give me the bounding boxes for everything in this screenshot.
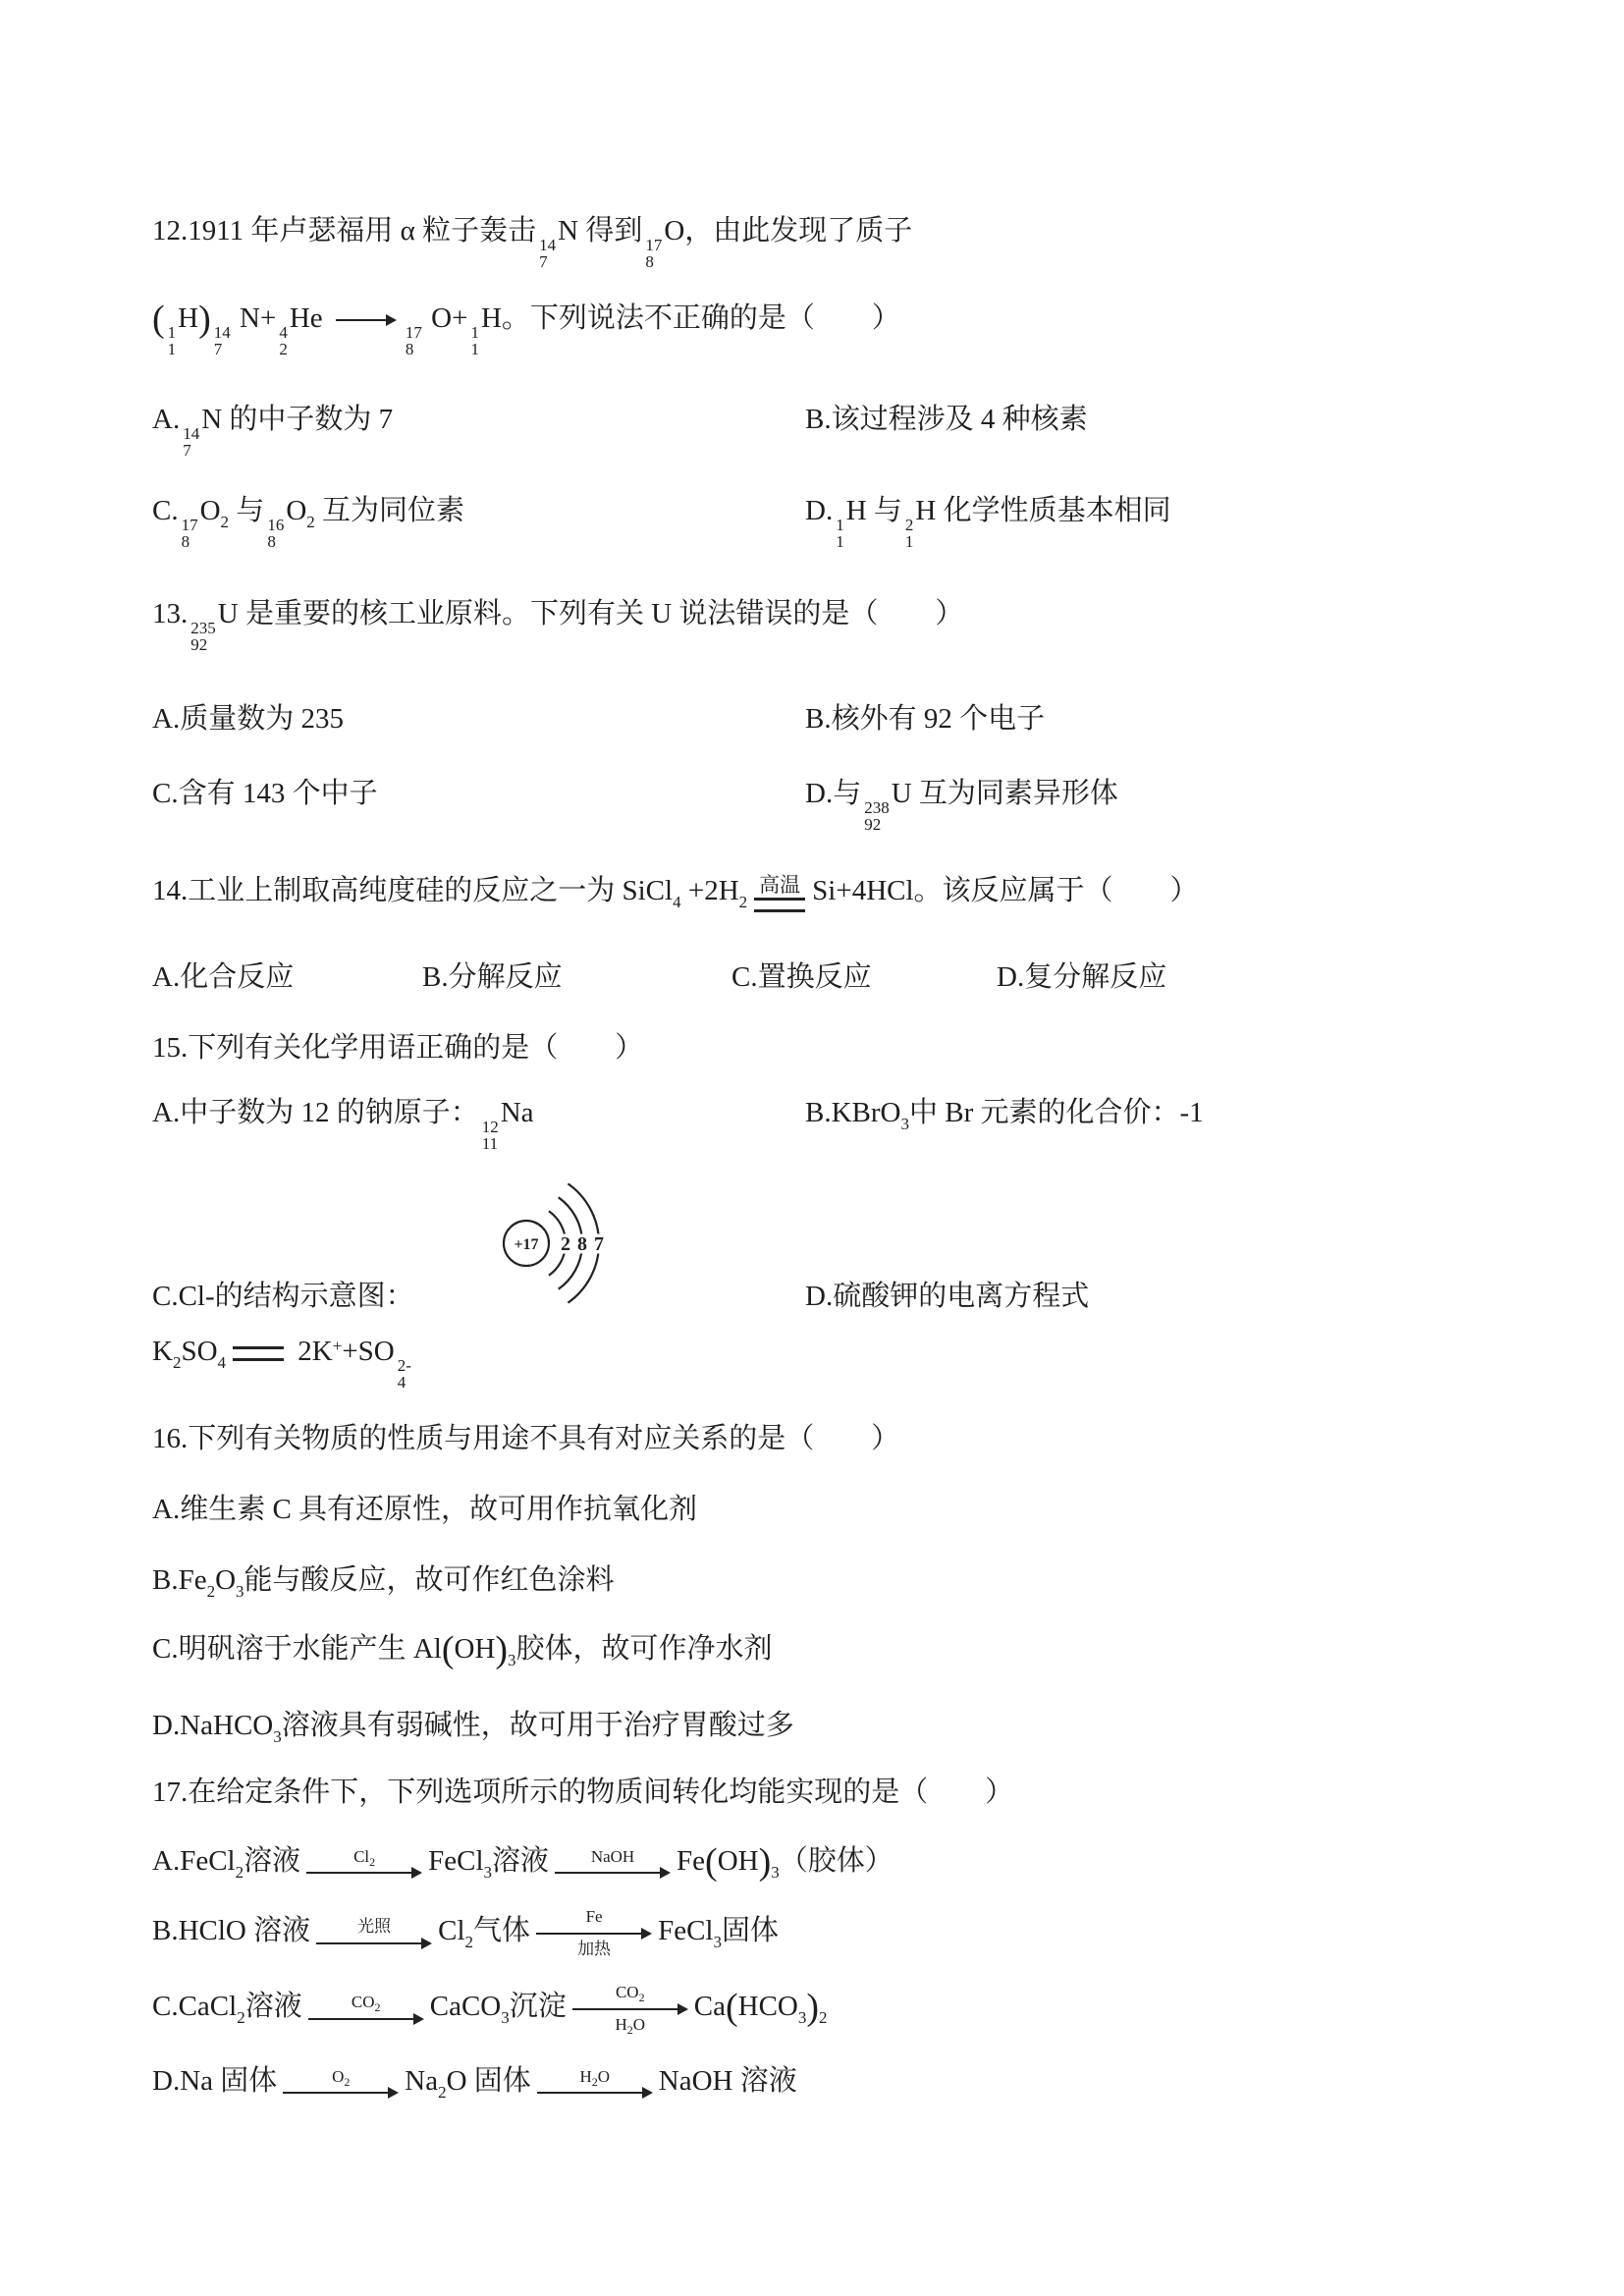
text: 气体: [473, 1915, 530, 1946]
big-paren: ): [806, 1987, 819, 2028]
arrow-head: [386, 314, 397, 326]
atomic-number: 8: [182, 533, 190, 550]
text: B.分解反应: [422, 961, 563, 993]
text: O 固体: [447, 2065, 531, 2097]
subscript: 3: [508, 1651, 516, 1669]
text: H 与: [846, 495, 902, 526]
text: Si+4HCl。该反应属于（ ）: [812, 875, 1198, 906]
atomic-number: 7: [183, 442, 191, 459]
text: D.: [805, 495, 833, 526]
arrow-head: [660, 1867, 671, 1879]
text: （胶体）: [780, 1845, 893, 1877]
equals-bars: [233, 1346, 284, 1361]
text: Ca: [694, 1991, 726, 2022]
isotope-notation: 178: [406, 324, 422, 357]
subscript: 2: [306, 513, 315, 531]
text: He: [290, 302, 330, 334]
arrow-shaft: [555, 1867, 671, 1880]
q15-options-cd: C.Cl-的结构示意图：D.硫酸钾的电离方程式+17228877: [152, 1274, 1506, 1319]
q13-options-ab-col-0: A.质量数为 235: [152, 696, 805, 741]
text: C.CaCl: [152, 1991, 237, 2022]
text: A.: [152, 404, 180, 435]
mass-number: 14: [214, 324, 231, 341]
q12-options-ab: A.147N 的中子数为 7B.该过程涉及 4 种核素: [152, 397, 1506, 459]
mass-number: 17: [645, 237, 662, 253]
text: 15.下列有关化学用语正确的是（ ）: [152, 1032, 643, 1064]
q12-options-ab-col-1: B.该过程涉及 4 种核素: [805, 397, 1506, 459]
arrow-shaft: [316, 1937, 432, 1949]
arrow-head: [642, 2087, 653, 2099]
text: 光照: [357, 1917, 391, 1936]
q14-options-col-1: B.分解反应: [422, 955, 731, 1000]
text: FeCl: [428, 1845, 483, 1877]
double-equals-sign: [233, 1346, 284, 1361]
mass-number: 238: [864, 799, 890, 816]
q14-options: A.化合反应B.分解反应C.置换反应D.复分解反应: [152, 955, 1506, 1000]
q17-option-a: A.FeCl2溶液Cl2FeCl3溶液NaOHFe(OH)3（胶体）: [152, 1838, 1506, 1884]
q16-option-d: D.NaHCO3溶液具有弱碱性，故可用于治疗胃酸过多: [152, 1703, 1506, 1748]
text: K: [152, 1336, 173, 1367]
subscript: 2: [221, 513, 230, 531]
big-paren: ): [198, 299, 211, 340]
svg-text:8: 8: [577, 1233, 587, 1255]
text: C.明矾溶于水能产生 Al: [152, 1633, 442, 1665]
big-paren: ): [495, 1629, 508, 1670]
text: 互为同位素: [315, 495, 464, 526]
arrow-line: [555, 1872, 660, 1874]
subscript: 3: [713, 1933, 722, 1951]
text: 加热: [577, 1940, 611, 1958]
text: D.NaHCO: [152, 1710, 273, 1741]
arrow-label-above: H2O: [537, 2067, 653, 2087]
mass-number: 2-: [398, 1357, 411, 1374]
text: O+: [424, 302, 468, 334]
text: O，由此发现了质子: [664, 215, 912, 246]
mass-number: 1: [470, 324, 479, 341]
text: OH: [455, 1633, 496, 1665]
k2so4-equation: K2SO4 2K++SO2-4: [152, 1329, 1506, 1391]
mass-number: 4: [279, 324, 288, 341]
text: 胶体，故可作净水剂: [516, 1633, 773, 1665]
svg-text:2: 2: [561, 1233, 570, 1255]
q17-stem: 17.在给定条件下，下列选项所示的物质间转化均能实现的是（ ）: [152, 1770, 1506, 1815]
big-paren: ): [759, 1841, 772, 1883]
q15-options-cd-col-0: C.Cl-的结构示意图：: [152, 1274, 805, 1319]
atomic-number: 1: [836, 533, 844, 550]
text: O: [215, 1564, 236, 1596]
arrow-label-above: Cl2: [306, 1847, 422, 1867]
text: O: [633, 2015, 645, 2034]
arrow-label-above: CO2: [572, 1983, 688, 2002]
subscript: 3: [484, 1863, 493, 1882]
atomic-number: 11: [482, 1135, 498, 1152]
arrow-label-above: O2: [283, 2067, 399, 2087]
subscript: 2: [465, 1933, 474, 1951]
text: FeCl: [658, 1915, 713, 1946]
mass-number: 2: [905, 517, 914, 533]
text: SO: [181, 1336, 217, 1367]
q12-equation: (11H)147 N+42He 178 O+11H。下列说法不正确的是（ ）: [152, 296, 1506, 357]
reaction-arrow: O2: [283, 2067, 399, 2100]
q13-options-cd-col-1: D.与23892U 互为同素异形体: [805, 771, 1506, 833]
q16-option-b: B.Fe2O3能与酸反应，故可作红色涂料: [152, 1558, 1506, 1603]
svg-text:+17: +17: [514, 1236, 538, 1253]
q17-option-b: B.HClO 溶液光照Cl2气体Fe加热FeCl3固体: [152, 1907, 1506, 1959]
isotope-notation: 178: [645, 237, 662, 270]
subscript: 2: [237, 2008, 245, 2027]
text: 13.: [152, 598, 188, 629]
atomic-number: 92: [864, 816, 881, 833]
text: CO: [616, 1983, 639, 2001]
text: A.化合反应: [152, 961, 294, 993]
atomic-number: 1: [168, 341, 177, 357]
document-body: 12.1911 年卢瑟福用 α 粒子轰击147N 得到178O，由此发现了质子(…: [152, 208, 1506, 2127]
arrow-line: [306, 1872, 411, 1874]
subscript: 3: [236, 1582, 244, 1601]
text: Fe: [677, 1845, 705, 1877]
reaction-arrow: CO2H2O: [572, 1983, 688, 2035]
q16-option-a: A.维生素 C 具有还原性，故可用作抗氧化剂: [152, 1487, 1506, 1532]
mass-number: 17: [406, 324, 422, 341]
text: HCO: [738, 1991, 798, 2022]
text: H: [178, 302, 198, 334]
mass-number: 14: [539, 237, 556, 253]
arrow-line: [316, 1942, 421, 1944]
q15-options-ab-col-0: A.中子数为 12 的钠原子：1211Na: [152, 1090, 805, 1152]
isotope-notation: 1211: [482, 1119, 499, 1152]
text: Na: [501, 1097, 534, 1128]
isotope-notation: 178: [182, 517, 198, 550]
text: 中 Br 元素的化合价：-1: [909, 1097, 1204, 1128]
superscript: +: [333, 1337, 343, 1355]
text: B.HClO 溶液: [152, 1915, 310, 1946]
text: N 得到: [558, 215, 642, 246]
text: O: [332, 2067, 344, 2086]
text: B.该过程涉及 4 种核素: [805, 404, 1088, 435]
page: 12.1911 年卢瑟福用 α 粒子轰击147N 得到178O，由此发现了质子(…: [0, 0, 1624, 2296]
arrow-head: [411, 1867, 422, 1879]
text: 能与酸反应，故可作红色涂料: [244, 1564, 615, 1596]
isotope-notation: 168: [267, 517, 284, 550]
big-paren: (: [726, 1987, 738, 2028]
text: 12.1911 年卢瑟福用 α 粒子轰击: [152, 215, 536, 246]
q15-options-ab-col-1: B.KBrO3中 Br 元素的化合价：-1: [805, 1090, 1506, 1152]
reaction-arrow: Fe加热: [536, 1907, 652, 1959]
arrow-shaft: [306, 1867, 422, 1880]
isotope-notation: 42: [279, 324, 288, 357]
text: 溶液: [492, 1845, 549, 1877]
text: 与: [229, 495, 264, 526]
arrow-line: [283, 2092, 388, 2094]
text: NaOH: [591, 1847, 634, 1866]
subscript: 2: [207, 1582, 216, 1601]
text: D.Na 固体: [152, 2065, 277, 2097]
text: B.Fe: [152, 1564, 207, 1596]
text: 溶液: [244, 1845, 300, 1877]
text: D.硫酸钾的电离方程式: [805, 1281, 1089, 1312]
subscript: 2: [819, 2008, 828, 2027]
isotope-notation: 147: [539, 237, 556, 270]
atomic-number: 4: [398, 1374, 406, 1391]
reaction-arrow: 光照: [316, 1917, 432, 1949]
text: B.核外有 92 个电子: [805, 703, 1045, 735]
arrow-line: [308, 2018, 413, 2020]
text: D.复分解反应: [997, 961, 1166, 993]
q17-option-c: C.CaCl2溶液CO2CaCO3沉淀CO2H2OCa(HCO3)2: [152, 1983, 1506, 2035]
text: 2K: [291, 1336, 333, 1367]
mass-number: 1: [168, 324, 177, 341]
atomic-number: 92: [190, 636, 207, 653]
text: O: [200, 495, 221, 526]
q12-options-cd: C.178O2 与168O2 互为同位素D.11H 与21H 化学性质基本相同: [152, 488, 1506, 550]
arrow-head: [388, 2087, 399, 2099]
q13-options-ab: A.质量数为 235B.核外有 92 个电子: [152, 696, 1506, 741]
mass-number: 17: [182, 517, 198, 533]
q14-stem: 14.工业上制取高纯度硅的反应之一为 SiCl4 +2H2高温Si+4HCl。该…: [152, 868, 1506, 913]
text: 17.在给定条件下，下列选项所示的物质间转化均能实现的是（ ）: [152, 1777, 1013, 1808]
atom-structure-diagram: +17228877: [494, 1181, 641, 1305]
text: H: [580, 2067, 592, 2086]
q13-stem: 13.23592U 是重要的核工业原料。下列有关 U 说法错误的是（ ）: [152, 591, 1506, 653]
arrow-line: [336, 319, 386, 321]
big-paren: (: [705, 1841, 718, 1883]
text: +2H: [681, 875, 739, 906]
reaction-arrow: Cl2: [306, 1847, 422, 1880]
subscript: 3: [900, 1115, 909, 1133]
q16-stem: 16.下列有关物质的性质与用途不具有对应关系的是（ ）: [152, 1416, 1506, 1461]
text: C.Cl-的结构示意图：: [152, 1281, 414, 1312]
q15-stem: 15.下列有关化学用语正确的是（ ）: [152, 1025, 1506, 1070]
text: N+: [233, 302, 277, 334]
subscript: 4: [673, 893, 681, 911]
arrow-line: [537, 2092, 642, 2094]
reaction-condition: 高温: [759, 873, 800, 898]
q12-options-ab-col-0: A.147N 的中子数为 7: [152, 397, 805, 459]
reaction-arrow: NaOH: [555, 1847, 671, 1880]
text: A.中子数为 12 的钠原子：: [152, 1097, 479, 1128]
text: 14.工业上制取高纯度硅的反应之一为 SiCl: [152, 875, 673, 906]
text: A.质量数为 235: [152, 703, 344, 735]
mass-number: 235: [190, 620, 216, 636]
q16-option-c: C.明矾溶于水能产生 Al(OH)3胶体，故可作净水剂: [152, 1626, 1506, 1671]
text: C.含有 143 个中子: [152, 778, 378, 809]
text: 溶液具有弱碱性，故可用于治疗胃酸过多: [282, 1710, 794, 1741]
arrow-label-above: CO2: [308, 1993, 424, 2012]
text: 溶液: [245, 1991, 302, 2022]
isotope-notation: 147: [183, 425, 199, 459]
mass-number: 16: [267, 517, 284, 533]
text: H。下列说法不正确的是（ ）: [481, 302, 900, 334]
text: Fe: [586, 1907, 603, 1926]
reaction-arrow: CO2: [308, 1993, 424, 2025]
text: B.KBrO: [805, 1097, 900, 1128]
arrow-shaft: [572, 2002, 688, 2015]
equals-bars: [754, 898, 805, 912]
isotope-notation: 21: [905, 517, 914, 550]
text: Na: [405, 2065, 438, 2097]
atomic-number: 2: [279, 341, 288, 357]
text: 16.下列有关物质的性质与用途不具有对应关系的是（ ）: [152, 1423, 899, 1454]
subscript: 3: [501, 2008, 510, 2027]
text: Cl: [438, 1915, 464, 1946]
text: A.维生素 C 具有还原性，故可用作抗氧化剂: [152, 1494, 697, 1525]
atomic-number: 8: [267, 533, 276, 550]
big-paren: (: [152, 299, 165, 340]
arrow-head: [421, 1938, 432, 1949]
arrow-label-above: Fe: [536, 1907, 652, 1927]
text: A.FeCl: [152, 1845, 236, 1877]
subscript: 2: [438, 2083, 447, 2102]
isotope-notation: 147: [214, 324, 231, 357]
arrow-label-above: NaOH: [555, 1847, 671, 1867]
text: OH: [718, 1845, 759, 1877]
arrow-label-above: 光照: [316, 1917, 432, 1937]
atomic-number: 1: [470, 341, 479, 357]
mass-number: 1: [836, 517, 844, 533]
q12-options-cd-col-1: D.11H 与21H 化学性质基本相同: [805, 488, 1506, 550]
subscript: 3: [273, 1727, 282, 1746]
arrow-label-below: 加热: [536, 1940, 652, 1959]
text: CO: [352, 1993, 375, 2011]
mass-number: 12: [482, 1119, 499, 1135]
subscript: 2: [236, 1863, 244, 1882]
arrow-line: [572, 2008, 677, 2010]
text: CaCO: [430, 1991, 502, 2022]
subscript: 2: [739, 893, 748, 911]
text: NaOH 溶液: [659, 2065, 797, 2097]
atomic-number: 8: [406, 341, 414, 357]
text: N 的中子数为 7: [201, 404, 393, 435]
q13-options-cd: C.含有 143 个中子D.与23892U 互为同素异形体: [152, 771, 1506, 833]
big-paren: (: [442, 1629, 455, 1670]
arrow-shaft: [336, 314, 397, 327]
reaction-arrow: H2O: [537, 2067, 653, 2100]
text: O: [286, 495, 306, 526]
isotope-notation: 11: [470, 324, 479, 357]
arrow-label-below: H2O: [572, 2015, 688, 2035]
arrow-shaft: [537, 2087, 653, 2100]
text: C.: [152, 495, 179, 526]
arrow-shaft: [308, 2012, 424, 2025]
isotope-notation: 23592: [190, 620, 216, 653]
double-equals-sign: 高温: [754, 873, 805, 912]
text: H 化学性质基本相同: [915, 495, 1170, 526]
svg-text:7: 7: [594, 1233, 604, 1255]
text: Cl: [353, 1847, 369, 1866]
isotope-notation: 11: [836, 517, 844, 550]
q12-options-cd-col-0: C.178O2 与168O2 互为同位素: [152, 488, 805, 550]
subscript: 4: [218, 1353, 227, 1372]
text: H: [615, 2015, 626, 2034]
isotope-notation: 11: [168, 324, 177, 357]
text: 沉淀: [510, 1991, 567, 2022]
text: C.置换反应: [731, 961, 872, 993]
atomic-number: 7: [539, 253, 548, 270]
text: U 是重要的核工业原料。下列有关 U 说法错误的是（ ）: [218, 598, 964, 629]
text: 固体: [722, 1915, 779, 1946]
atomic-number: 7: [214, 341, 223, 357]
subscript: 3: [771, 1863, 780, 1882]
arrow-head: [641, 1928, 652, 1940]
isotope-notation: 23892: [864, 799, 890, 833]
arrow-line: [536, 1933, 641, 1935]
q17-option-d: D.Na 固体O2Na2O 固体H2ONaOH 溶液: [152, 2058, 1506, 2104]
mass-number: 14: [183, 425, 199, 442]
q14-options-col-2: C.置换反应: [731, 955, 997, 1000]
text: +SO: [342, 1336, 394, 1367]
arrow-head: [413, 2013, 424, 2025]
q15-options-ab: A.中子数为 12 的钠原子：1211NaB.KBrO3中 Br 元素的化合价：…: [152, 1090, 1506, 1152]
q14-options-col-0: A.化合反应: [152, 955, 422, 1000]
q13-options-cd-col-0: C.含有 143 个中子: [152, 771, 805, 833]
arrow-head: [677, 2003, 688, 2015]
arrow-shaft: [283, 2087, 399, 2100]
arrow-shaft: [536, 1927, 652, 1940]
atomic-number: 1: [905, 533, 914, 550]
q15-options-cd-col-1: D.硫酸钾的电离方程式: [805, 1274, 1506, 1319]
q12-stem: 12.1911 年卢瑟福用 α 粒子轰击147N 得到178O，由此发现了质子: [152, 208, 1506, 270]
q14-options-col-3: D.复分解反应: [997, 955, 1506, 1000]
q13-options-ab-col-1: B.核外有 92 个电子: [805, 696, 1506, 741]
text: U 互为同素异形体: [892, 778, 1118, 809]
atomic-number: 8: [645, 253, 654, 270]
reaction-arrow: [336, 314, 397, 327]
text: D.与: [805, 778, 861, 809]
isotope-notation: 2-4: [398, 1357, 411, 1391]
text: O: [598, 2067, 610, 2086]
